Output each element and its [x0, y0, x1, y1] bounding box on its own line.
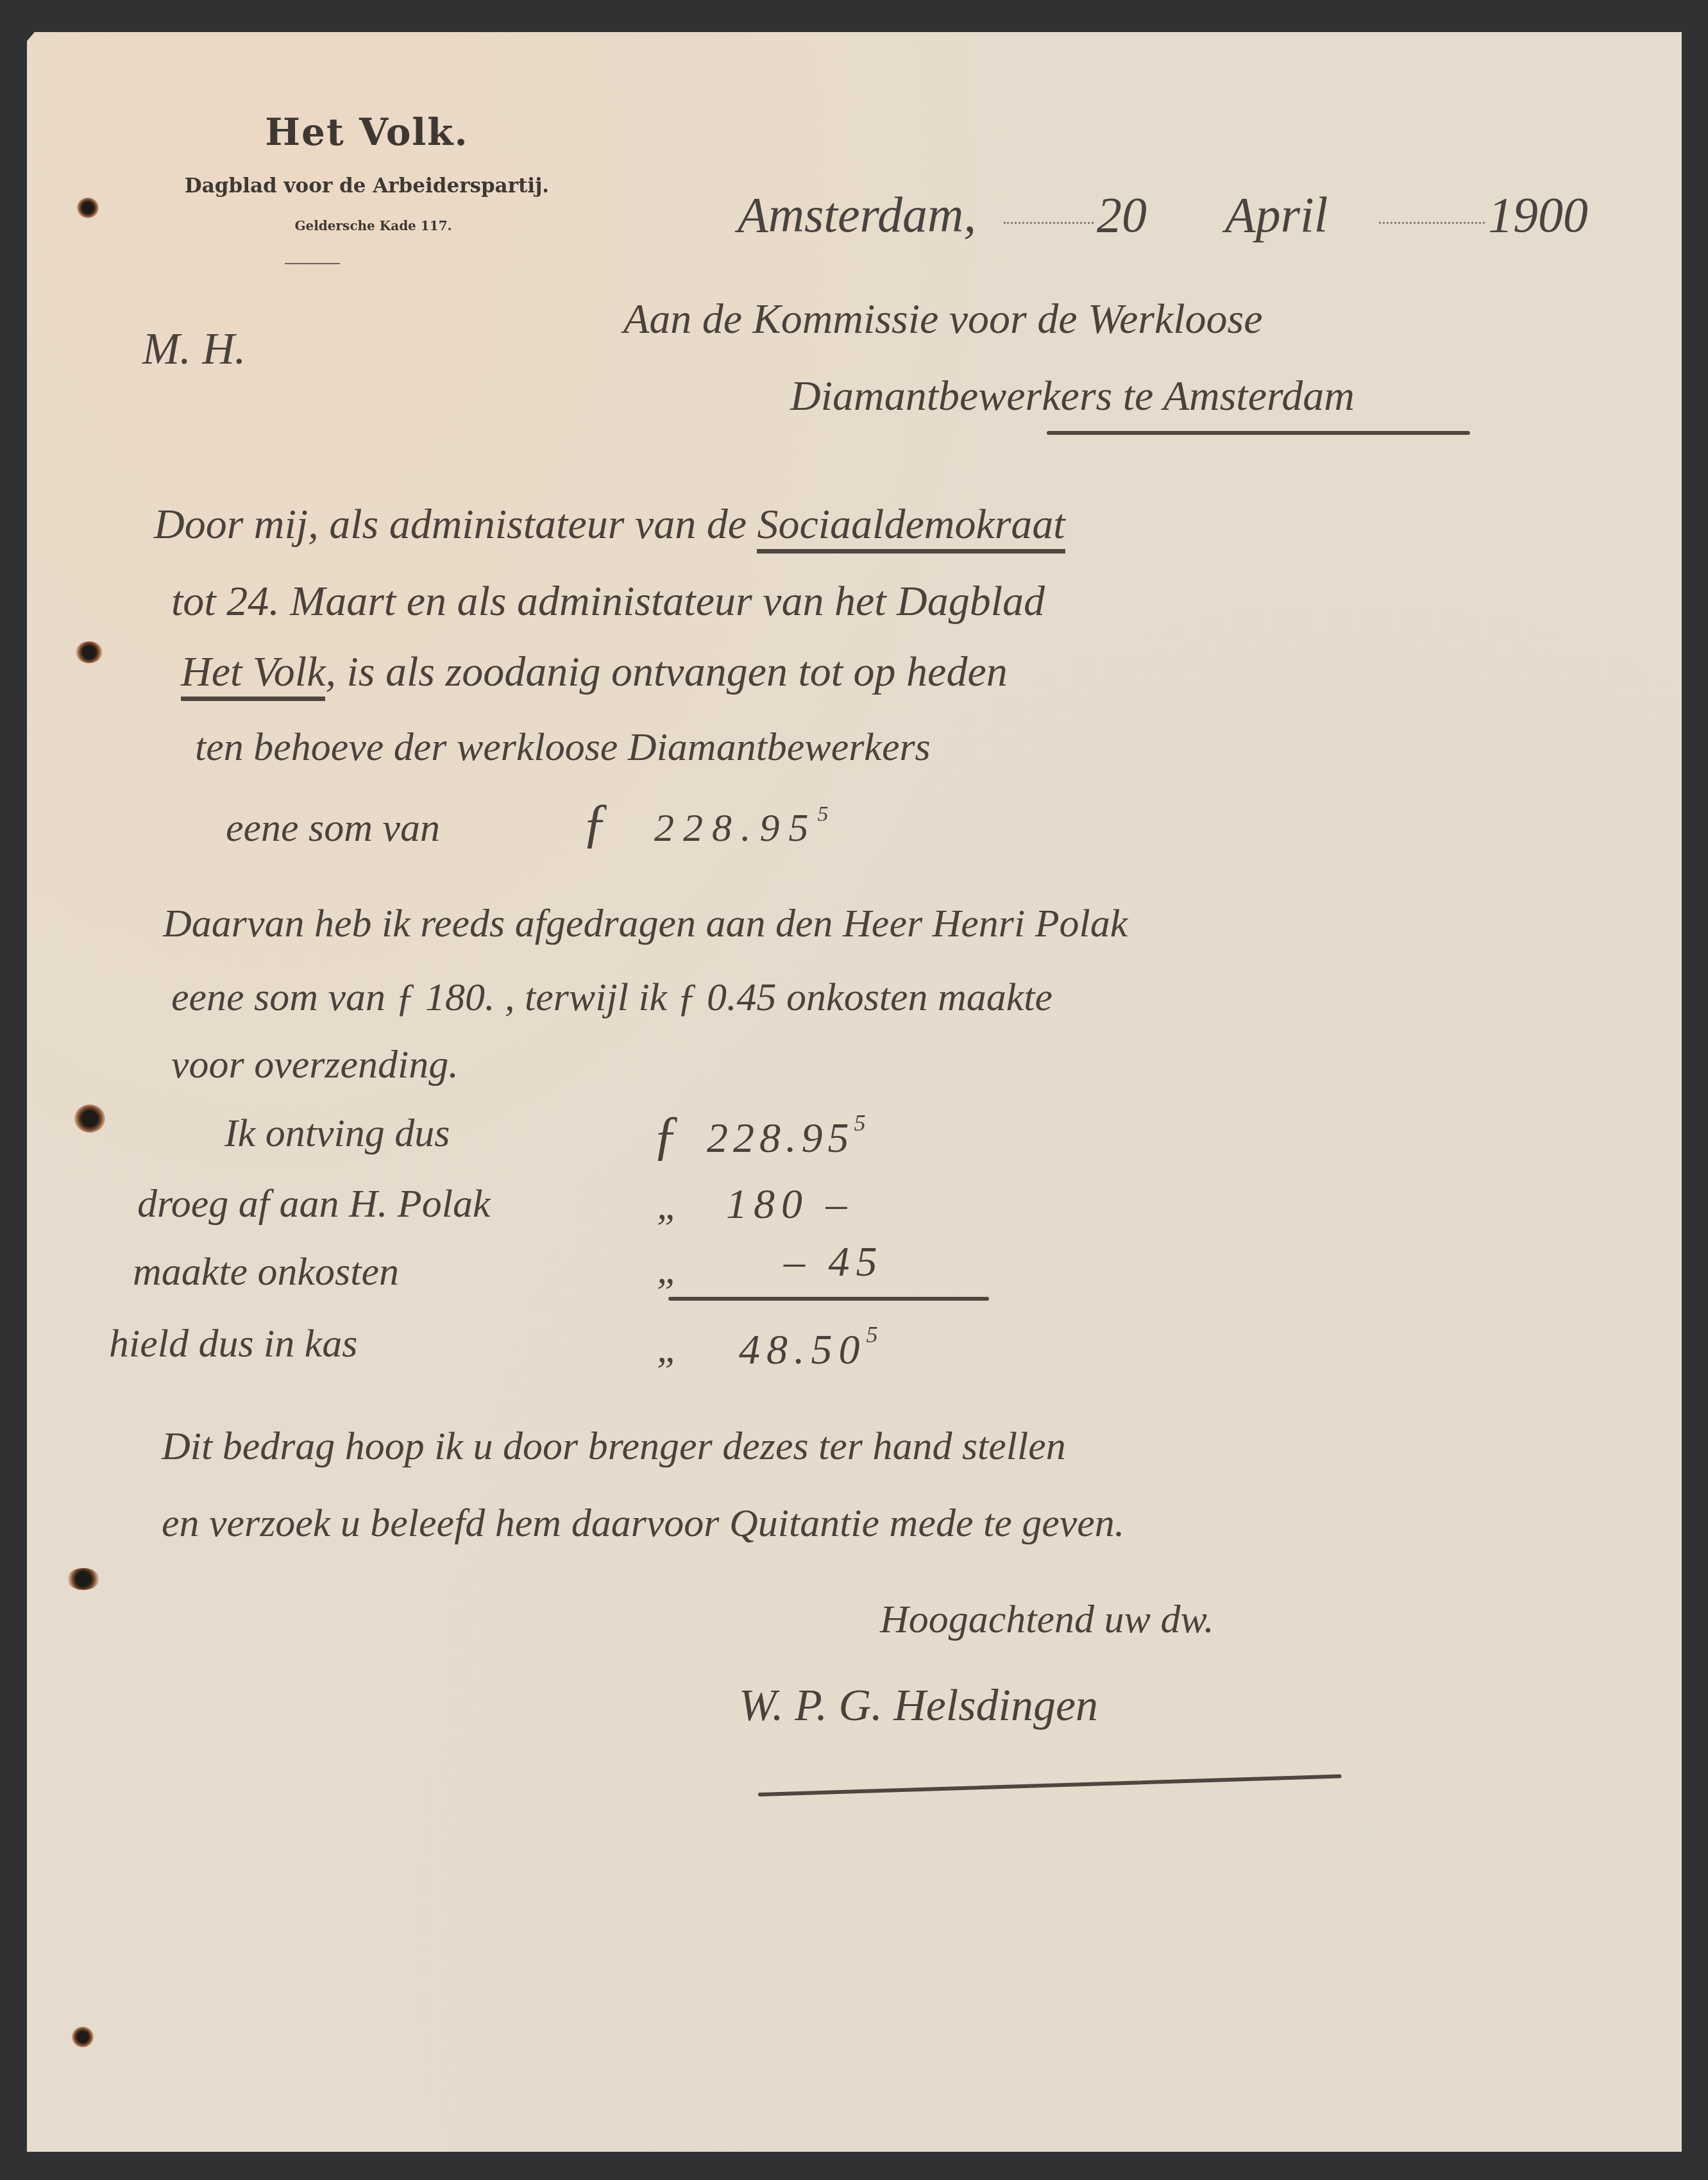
- amount-value: 228.95: [654, 806, 818, 850]
- body-line: tot 24. Maart en als administateur van h…: [171, 577, 1045, 626]
- signature: W. P. G. Helsdingen: [739, 1680, 1098, 1732]
- letter-paper: Het Volk. Dagblad voor de Arbeidersparti…: [27, 32, 1682, 2152]
- ledger-row-label: droeg af aan H. Polak: [137, 1181, 490, 1227]
- date-dotted-line: [1379, 222, 1485, 224]
- addressee-line-1: Aan de Kommissie voor de Werkloose: [623, 295, 1263, 344]
- ledger-row-label: maakte onkosten: [133, 1249, 399, 1295]
- closing-line-2: en verzoek u beleefd hem daarvoor Quitan…: [162, 1501, 1124, 1546]
- date-city: Amsterdam,: [738, 186, 976, 244]
- date-day: 20: [1097, 186, 1147, 244]
- body-line: Het Volk, is als zoodanig ontvangen tot …: [181, 648, 1008, 697]
- amount-value: 48.50: [739, 1326, 867, 1373]
- body-text: , is als zoodanig ontvangen tot op heden: [325, 648, 1007, 695]
- amount-value: 228.95: [707, 1115, 854, 1162]
- amount-received-line: eene som van ƒ 228.955: [226, 792, 829, 854]
- ledger-row-prefix: ƒ: [652, 1104, 679, 1167]
- signature-underline: [758, 1774, 1342, 1796]
- letterhead-title: Het Volk.: [200, 110, 534, 154]
- addressee-underline: [1047, 431, 1470, 435]
- publication-name-underlined: Het Volk: [181, 648, 325, 701]
- amount-superscript: 5: [867, 1322, 878, 1348]
- date-month: April: [1225, 186, 1328, 244]
- amount-label: eene som van: [226, 806, 440, 850]
- guilder-sign: ƒ: [582, 793, 609, 853]
- letterhead-address: Geldersche Kade 117.: [194, 218, 553, 233]
- body-text: Door mij, als administateur van de: [154, 501, 757, 548]
- ledger-row-amount: – 45: [784, 1238, 884, 1287]
- ledger-row-total: 48.505: [739, 1321, 878, 1374]
- body-line: eene som van ƒ 180. , terwijl ik ƒ 0.45 …: [171, 975, 1053, 1020]
- dateline: Amsterdam, 20 April 1900: [738, 186, 1597, 244]
- punch-hole: [67, 1568, 100, 1590]
- punch-hole: [72, 2027, 94, 2047]
- date-year: 1900: [1488, 186, 1588, 244]
- addressee-line-2: Diamantbewerkers te Amsterdam: [790, 372, 1355, 421]
- body-line: Door mij, als administateur van de Socia…: [154, 500, 1065, 549]
- ledger-row-prefix: „: [657, 1326, 679, 1372]
- ledger-row-label: Ik ontving dus: [224, 1111, 450, 1156]
- closing-line-1: Dit bedrag hoop ik u door brenger dezes …: [162, 1424, 1066, 1469]
- ledger-sum-rule: [668, 1297, 989, 1301]
- ledger-row-label: hield dus in kas: [109, 1321, 357, 1367]
- ledger-row-prefix: „: [657, 1247, 679, 1293]
- letterhead-subtitle: Dagblad voor de Arbeiderspartij.: [110, 174, 623, 198]
- body-line: Daarvan heb ik reeds afgedragen aan den …: [163, 901, 1128, 947]
- body-line: voor overzending.: [171, 1042, 459, 1088]
- closing-greeting: Hoogachtend uw dw.: [880, 1597, 1214, 1643]
- date-dotted-line: [1004, 222, 1094, 224]
- punch-hole: [76, 641, 103, 663]
- salutation: M. H.: [142, 324, 246, 375]
- amount-superscript: 5: [817, 802, 828, 826]
- amount-superscript: 5: [854, 1110, 866, 1136]
- body-line: ten behoeve der werkloose Diamantbewerke…: [195, 725, 931, 770]
- publication-name-underlined: Sociaaldemokraat: [757, 501, 1065, 553]
- ledger-row-amount: 228.955: [707, 1110, 866, 1163]
- letterhead-divider: [285, 263, 340, 264]
- ledger-row-prefix: „: [657, 1183, 679, 1229]
- ledger-row-amount: 180 –: [726, 1180, 854, 1229]
- punch-hole: [77, 198, 99, 218]
- punch-hole: [74, 1104, 105, 1133]
